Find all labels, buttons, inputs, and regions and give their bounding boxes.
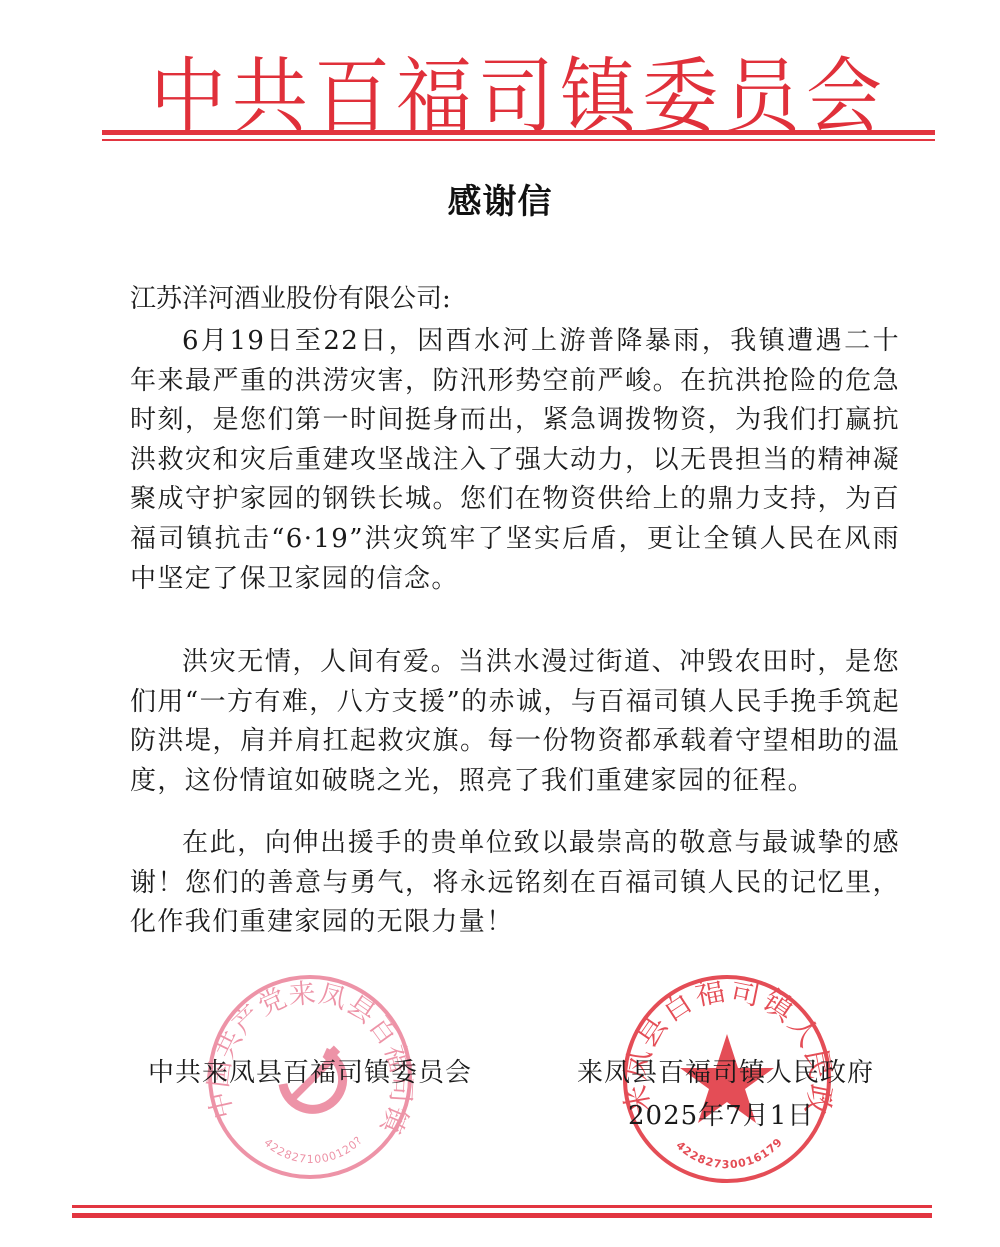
letterhead-rule-thin (102, 139, 935, 141)
paragraph-text: 洪灾无情，人间有爱。当洪水漫过街道、冲毁农田时，是您们用“一方有难，八方支援”的… (130, 643, 900, 801)
footer-rule-thin (72, 1205, 932, 1208)
paragraph-text: 在此，向伸出援手的贵单位致以最崇高的敬意与最诚挚的感谢！您们的善意与勇气，将永远… (130, 824, 900, 943)
letterhead-rule-thick (102, 130, 935, 135)
signature-date: 2025年7月1日 (628, 1099, 814, 1133)
paragraph-text: 6月19日至22日，因酉水河上游普降暴雨，我镇遭遇二十年来最严重的洪涝灾害，防汛… (130, 322, 900, 599)
svg-text:4228271000120?: 4228271000120? (261, 1133, 365, 1166)
body-paragraph-2: 洪灾无情，人间有爱。当洪水漫过街道、冲毁农田时，是您们用“一方有难，八方支援”的… (130, 643, 900, 801)
svg-text:42282730016179: 42282730016179 (673, 1135, 785, 1171)
body-paragraph-3: 在此，向伸出援手的贵单位致以最崇高的敬意与最诚挚的感谢！您们的善意与勇气，将永远… (130, 824, 900, 943)
footer-rule-thick (72, 1213, 932, 1218)
document-title: 感谢信 (0, 180, 1000, 224)
signature-party-committee: 中共来凤县百福司镇委员会 (148, 1056, 472, 1090)
signature-township-government: 来凤县百福司镇人民政府 (577, 1056, 874, 1090)
salutation: 江苏洋河酒业股份有限公司: (130, 282, 451, 316)
body-paragraph-1: 6月19日至22日，因酉水河上游普降暴雨，我镇遭遇二十年来最严重的洪涝灾害，防汛… (130, 322, 900, 599)
